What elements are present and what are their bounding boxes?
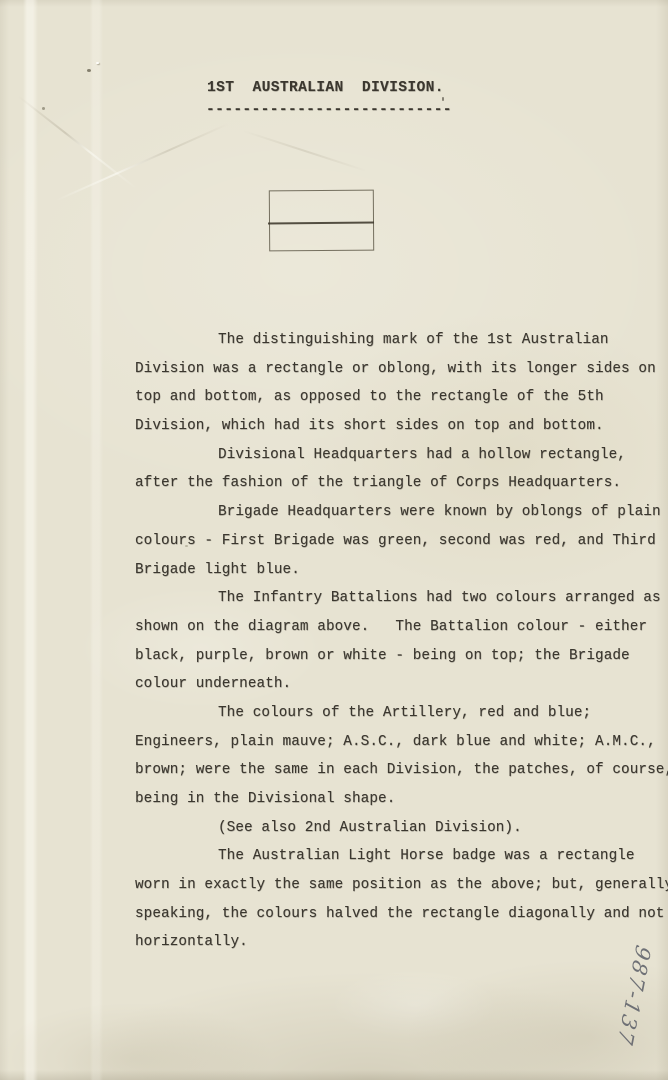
text-line: (See also 2nd Australian Division).: [135, 814, 655, 843]
paper-speck: [42, 107, 45, 110]
badge-divider-line: [268, 221, 374, 224]
paper-crease: [243, 130, 367, 172]
text-line: Division, which had its short sides on t…: [135, 412, 655, 441]
text-line: top and bottom, as opposed to the rectan…: [135, 383, 655, 412]
text-line: The distinguishing mark of the 1st Austr…: [135, 326, 655, 355]
text-line: speaking, the colours halved the rectang…: [135, 900, 655, 929]
archival-number-handwritten: 987-137: [601, 941, 655, 1080]
text-line: Brigade Headquarters were known by oblon…: [135, 498, 655, 527]
document-body: The distinguishing mark of the 1st Austr…: [135, 326, 655, 957]
paper-speck: [87, 69, 91, 72]
text-line: The Australian Light Horse badge was a r…: [135, 842, 655, 871]
text-line: worn in exactly the same position as the…: [135, 871, 655, 900]
text-line: being in the Divisional shape.: [135, 785, 655, 814]
text-line: Division was a rectangle or oblong, with…: [135, 355, 655, 384]
paper-speck: [96, 62, 99, 64]
text-line: after the fashion of the triangle of Cor…: [135, 469, 655, 498]
document-title: 1ST AUSTRALIAN DIVISION.: [207, 78, 444, 98]
text-line: The Infantry Battalions had two colours …: [135, 584, 655, 613]
title-underline: ---------------------------: [206, 100, 452, 120]
text-line: Brigade light blue.: [135, 556, 655, 585]
text-line: shown on the diagram above. The Battalio…: [135, 613, 655, 642]
text-line: Divisional Headquarters had a hollow rec…: [135, 441, 655, 470]
text-line: black, purple, brown or white - being on…: [135, 642, 655, 671]
document-page: 1ST AUSTRALIAN DIVISION. ---------------…: [0, 0, 668, 1080]
text-line: The colours of the Artillery, red and bl…: [135, 699, 655, 728]
text-line: Engineers, plain mauve; A.S.C., dark blu…: [135, 728, 655, 757]
text-line: horizontally.: [135, 928, 655, 957]
text-line: brown; were the same in each Division, t…: [135, 756, 655, 785]
division-badge-diagram: [269, 190, 374, 252]
paper-crease: [17, 95, 136, 189]
text-line: colour underneath.: [135, 670, 655, 699]
text-line: colours - First Brigade was green, secon…: [135, 527, 655, 556]
paper-crease: [55, 123, 229, 202]
